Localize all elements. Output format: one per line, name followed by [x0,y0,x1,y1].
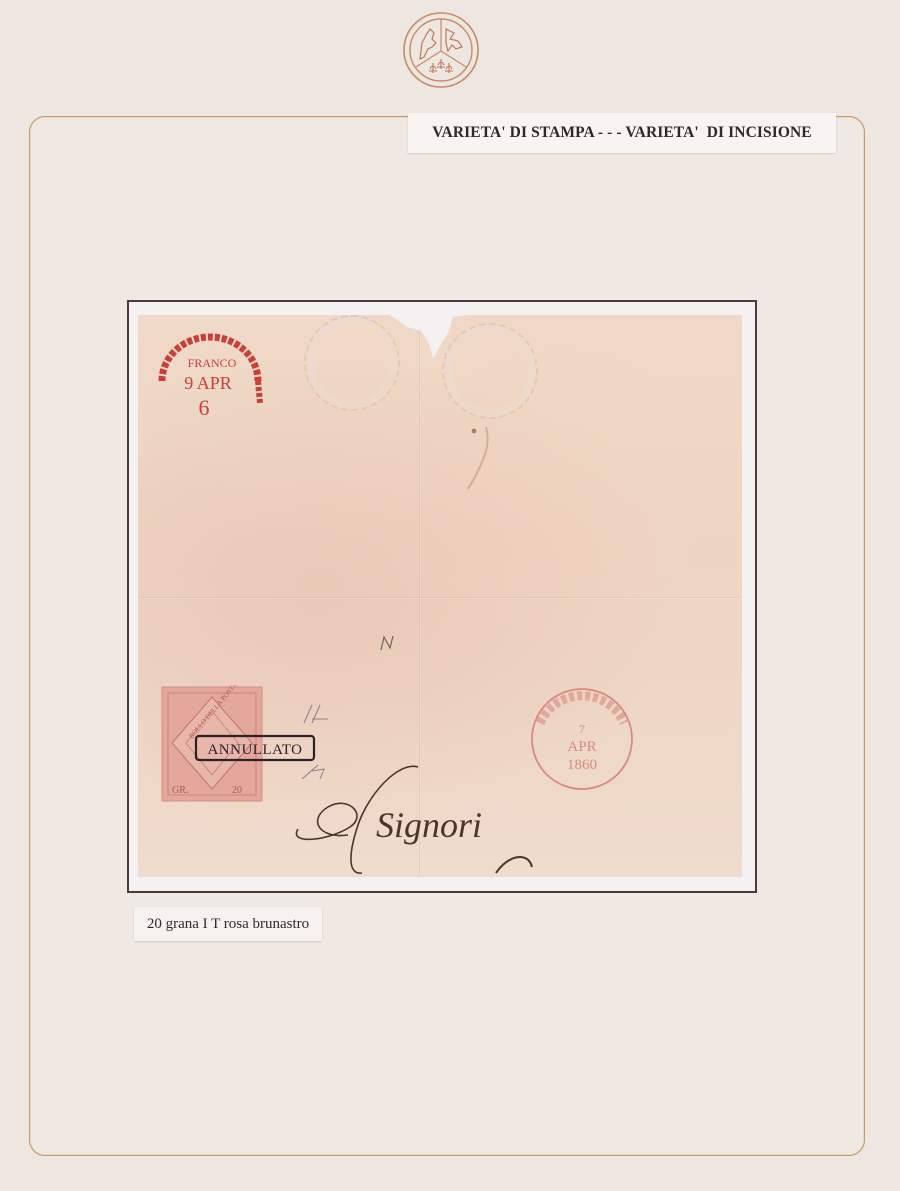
postmark-line-2: 9 APR [184,373,232,393]
handwritten-address: Signori [288,755,578,877]
arrival-month: APR [567,739,596,755]
horizontal-fold-line [138,597,742,599]
address-text: Signori [376,805,482,845]
arrival-day: 7 [579,722,585,736]
stamp-value: 20 [232,785,242,796]
page-heading: VARIETA' DI STAMPA - - - VARIETA' DI INC… [408,113,836,153]
embossed-seal [442,323,538,419]
heraldic-crest-icon [402,11,480,89]
departure-postmark: FRANCO 9 APR 6 [152,323,268,423]
pencil-mark [378,633,396,653]
paper-stain [456,423,496,503]
postmark-line-1: FRANCO [188,356,237,370]
item-caption: 20 grana I T rosa brunastro [134,907,322,941]
svg-text:GR.: GR. [172,785,188,796]
postal-cover: FRANCO 9 APR 6 7 APR 1860 BOLLO DELLA PO… [138,315,742,877]
postmark-line-3: 6 [199,395,210,420]
embossed-seal [304,315,400,411]
